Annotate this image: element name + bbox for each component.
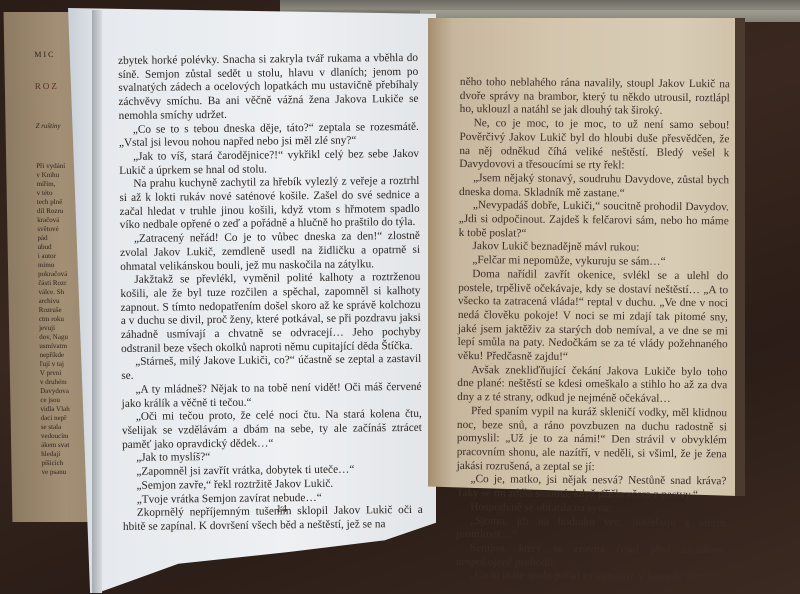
paragraph: Avšak znekliďňující čekání Jakova Lukiče… [457,364,727,407]
paragraph: „Co je, matko, jsi nějak nesvá? Nestůně … [456,473,726,503]
paragraph: „Zatracený neřád! Co je to vůbec dneska … [120,230,420,274]
paragraph: „Co to máte spolu pořád za tajnosti? V k… [456,569,726,585]
paragraph: „A ty mládneš? Nějak to na tobě není vid… [121,381,421,412]
paragraph: „Jsem nějaký stonavý, soudruhu Davydove,… [459,172,729,202]
paragraph: „Co se to s tebou dneska děje, táto?“ ze… [119,120,419,151]
paragraph: Jakžtakž se převlékl, vyměnil polité kal… [120,271,421,356]
paragraph: něho toho neblahého rána navalily, stoup… [460,76,730,119]
paragraph: Doma nařídil zavřít okenice, svlékl se a… [457,268,728,366]
paragraph: „Oči mi tečou proto, že celé noci čtu. N… [122,408,422,452]
paragraph: „Sjomo, jdi na hodinku ven, potřebuju s … [456,514,726,544]
left-page-text: zbytek horké polévky. Snacha si zakryla … [118,52,423,535]
paragraph: „Stárneš, milý Jakove Lukiči, co?“ účast… [121,353,421,384]
right-page-shadow [735,18,745,496]
paragraph: Ne, co je moc, to je moc, to už není sam… [459,117,729,174]
right-page-number: 15 [600,488,611,500]
photo-scene: MIC ROZ Z ruštiny Při vydánív Knihumířím… [0,0,800,594]
paragraph: Semjon, který se zrovna česal před zrcad… [456,542,726,572]
left-page-number: 14 [276,503,287,515]
paragraph: „Nevypadáš dobře, Lukiči,“ soucitně proh… [459,199,729,242]
paragraph: Na prahu kuchyně zachytil za hřebík vyle… [119,175,420,233]
paragraph: „Jak to víš, stará čarodějnice?!“ vykřik… [119,148,419,179]
paragraph: Zkoprnělý nepříjemným tušením sklopil Ja… [123,504,423,535]
paragraph: zbytek horké polévky. Snacha si zakryla … [118,52,419,124]
paragraph: Před spaním vypil na kuráž skleničí vodk… [457,405,728,476]
left-page-edge [92,10,102,593]
right-page-text: něho toho neblahého rána navalily, stoup… [456,76,730,585]
